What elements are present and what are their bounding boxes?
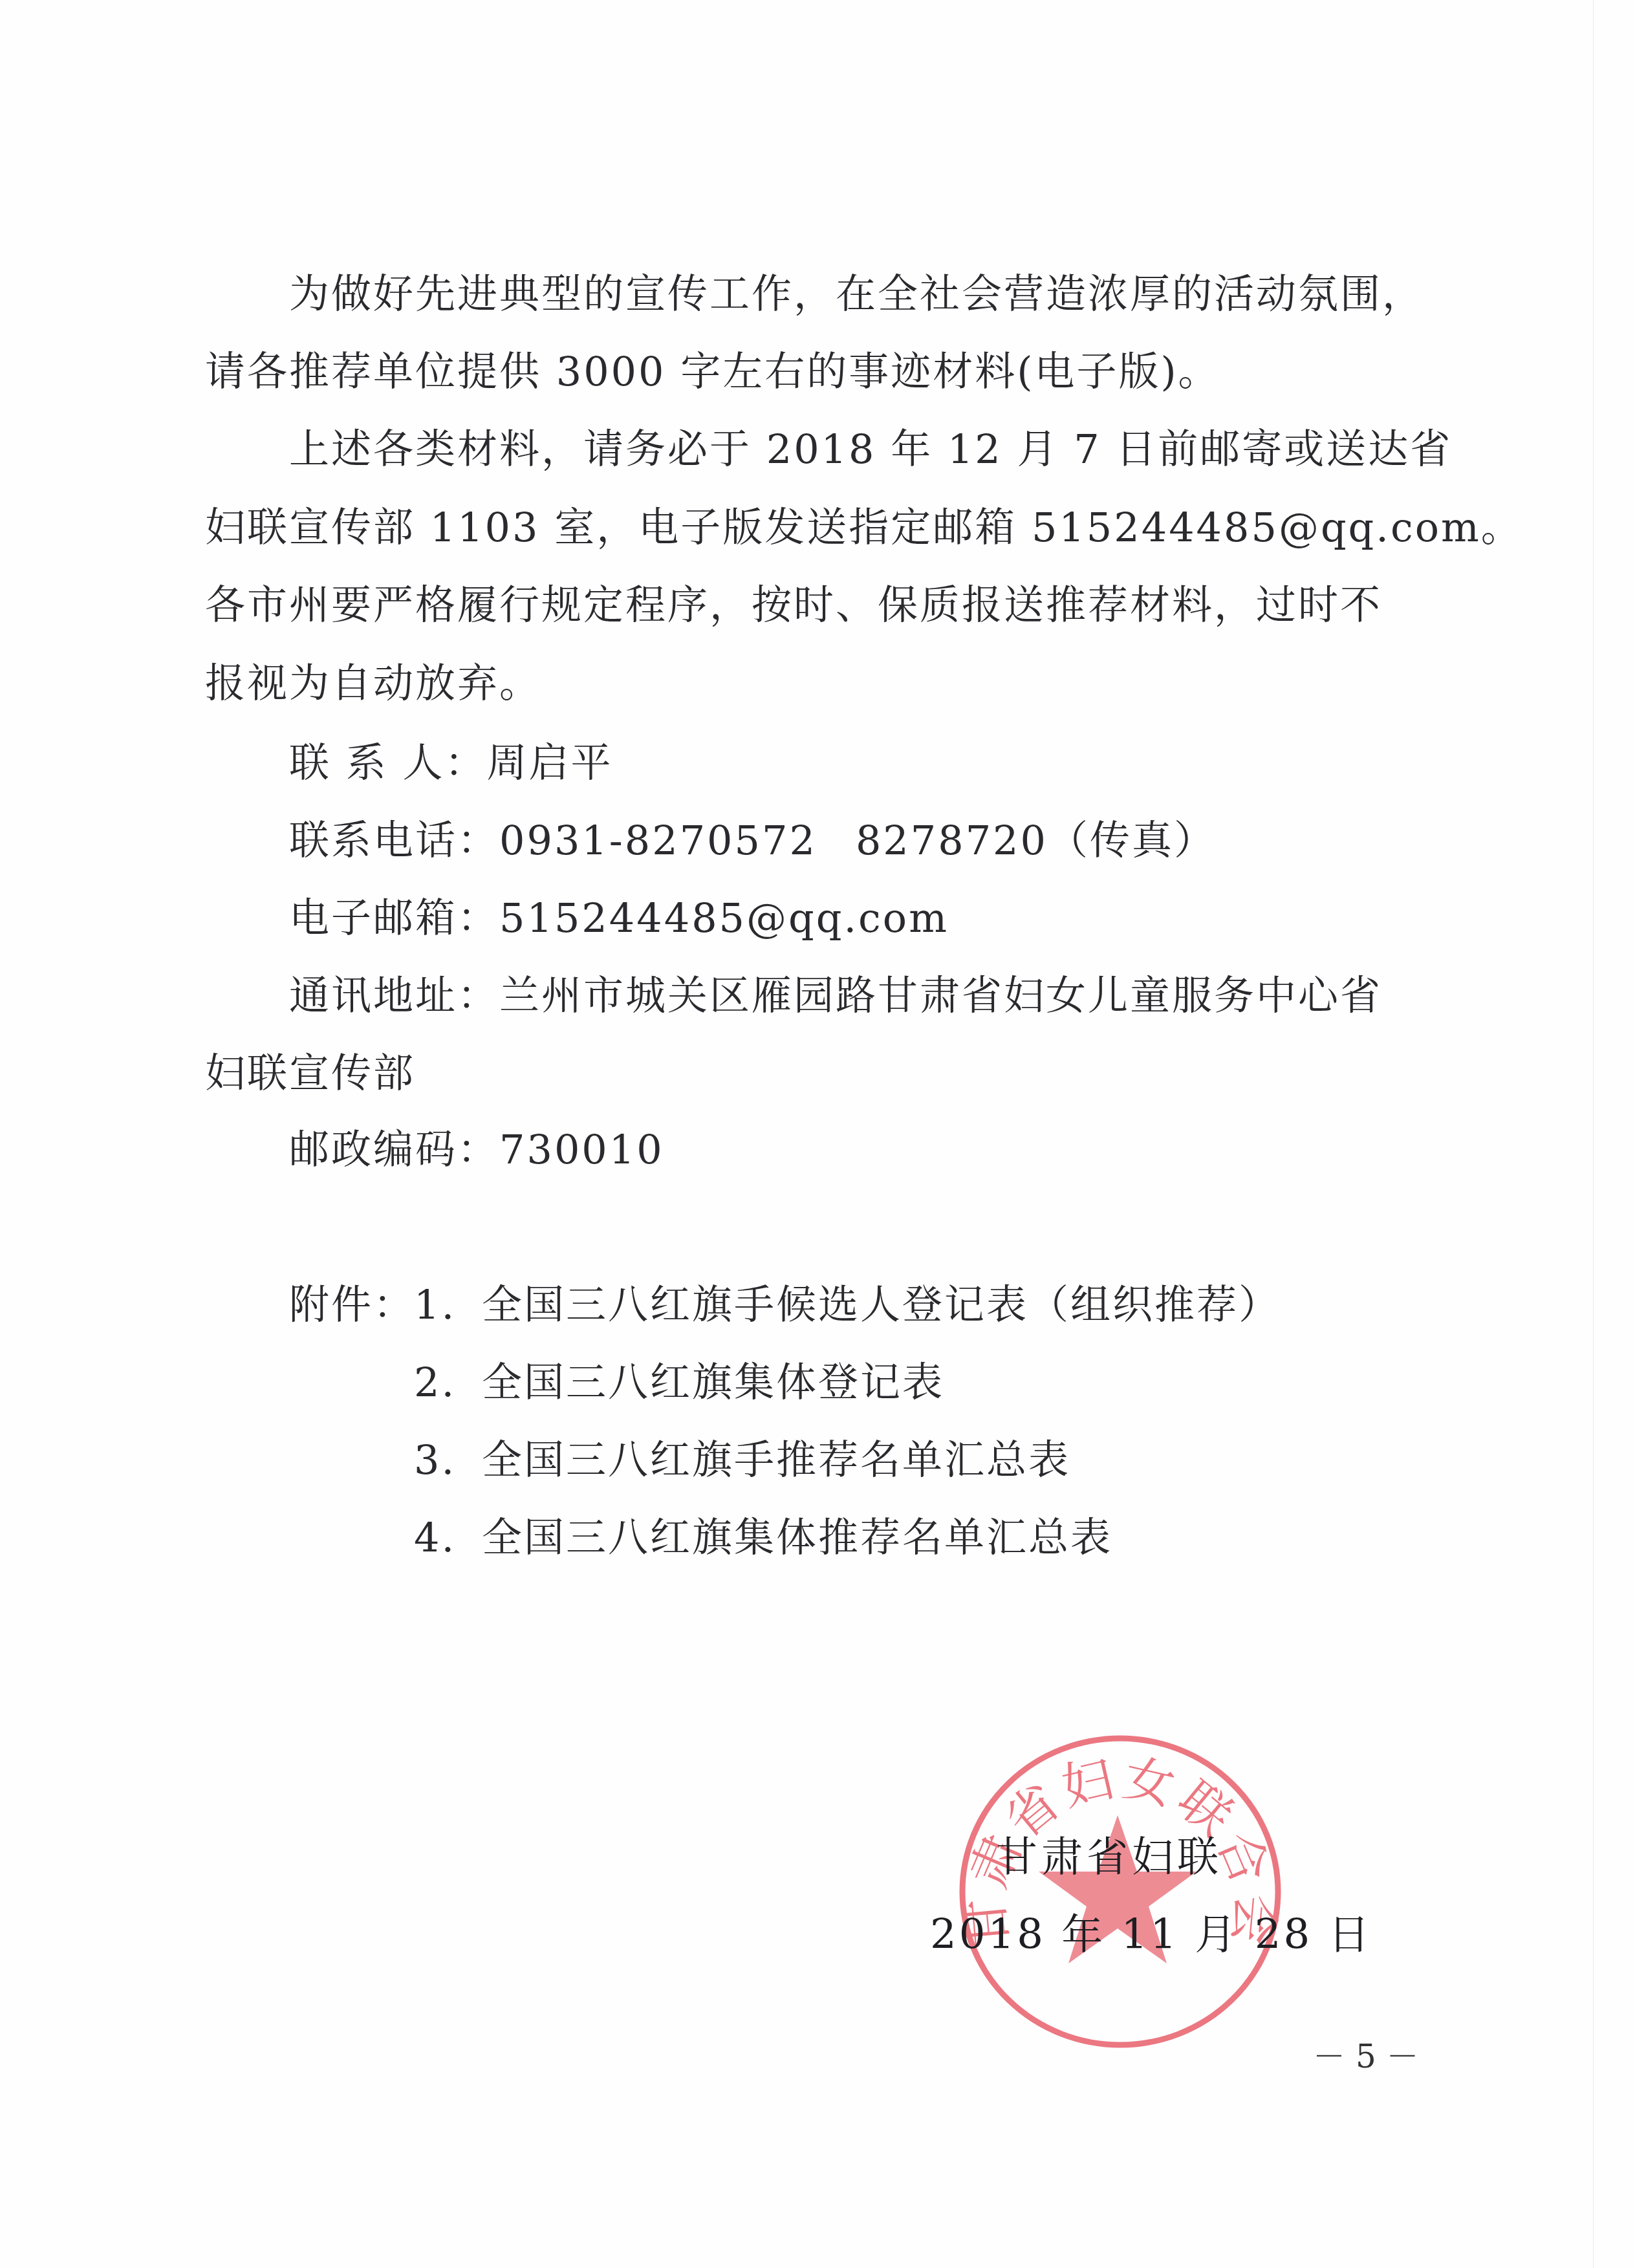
page-number: － 5 －: [1313, 2037, 1419, 2076]
signing-date: 2018 年 11 月 28 日: [930, 1909, 1372, 1961]
attachment-1-title: 全国三八红旗手候选人登记表（组织推荐）: [482, 1279, 1281, 1331]
paragraph-2-line-2: 妇联宣传部 1103 室，电子版发送指定邮箱 515244485@qq.com。: [205, 502, 1523, 554]
contact-phone-label: 联系电话：: [289, 817, 499, 864]
attachment-3-number: 3.: [414, 1434, 456, 1486]
contact-person-label: 联 系 人：: [289, 739, 486, 786]
contact-address-continuation: 妇联宣传部: [205, 1048, 415, 1099]
attachment-4-number: 4.: [414, 1512, 456, 1564]
contact-address-row: 通讯地址：兰州市城关区雁园路甘肃省妇女儿童服务中心省: [289, 970, 1382, 1022]
document-page: 为做好先进典型的宣传工作，在全社会营造浓厚的活动氛围， 请各推荐单位提供 300…: [0, 0, 1635, 2268]
contact-address-label: 通讯地址：: [289, 972, 499, 1019]
paragraph-2-line-3: 各市州要严格履行规定程序，按时、保质报送推荐材料，过时不: [205, 579, 1382, 631]
paragraph-1-line-1: 为做好先进典型的宣传工作，在全社会营造浓厚的活动氛围，: [289, 268, 1424, 320]
paragraph-1-line-2: 请各推荐单位提供 3000 字左右的事迹材料(电子版)。: [205, 346, 1220, 398]
attachment-2-number: 2.: [414, 1357, 456, 1409]
signing-organization: 甘肃省妇联: [996, 1831, 1222, 1883]
contact-email-label: 电子邮箱：: [289, 894, 499, 942]
attachments-label: 附件：: [289, 1279, 415, 1331]
attachment-3-title: 全国三八红旗手推荐名单汇总表: [482, 1434, 1070, 1486]
official-seal: 甘肃省妇女联合会: [958, 1734, 1282, 2049]
contact-postcode-label: 邮政编码：: [289, 1126, 499, 1173]
contact-email-value: 515244485@qq.com: [499, 894, 949, 942]
contact-person-value: 周启平: [486, 739, 612, 786]
scan-edge-line: [1593, 0, 1594, 2268]
attachment-1-number: 1.: [414, 1279, 456, 1331]
contact-person-row: 联 系 人：周启平: [289, 737, 612, 789]
contact-postcode-value: 730010: [499, 1126, 664, 1173]
paragraph-2-line-1: 上述各类材料，请务必于 2018 年 12 月 7 日前邮寄或送达省: [289, 424, 1452, 475]
attachment-4-title: 全国三八红旗集体推荐名单汇总表: [482, 1512, 1112, 1564]
contact-fax-value: 8278720（传真）: [856, 817, 1216, 864]
contact-email-row: 电子邮箱：515244485@qq.com: [289, 892, 949, 944]
contact-phone-value: 0931-8270572: [499, 817, 817, 864]
contact-phone-row: 联系电话：0931-82705728278720（传真）: [289, 815, 1216, 867]
attachment-2-title: 全国三八红旗集体登记表: [482, 1357, 944, 1409]
paragraph-2-line-4: 报视为自动放弃。: [205, 658, 541, 709]
contact-address-value: 兰州市城关区雁园路甘肃省妇女儿童服务中心省: [499, 972, 1382, 1019]
contact-postcode-row: 邮政编码：730010: [289, 1124, 664, 1176]
